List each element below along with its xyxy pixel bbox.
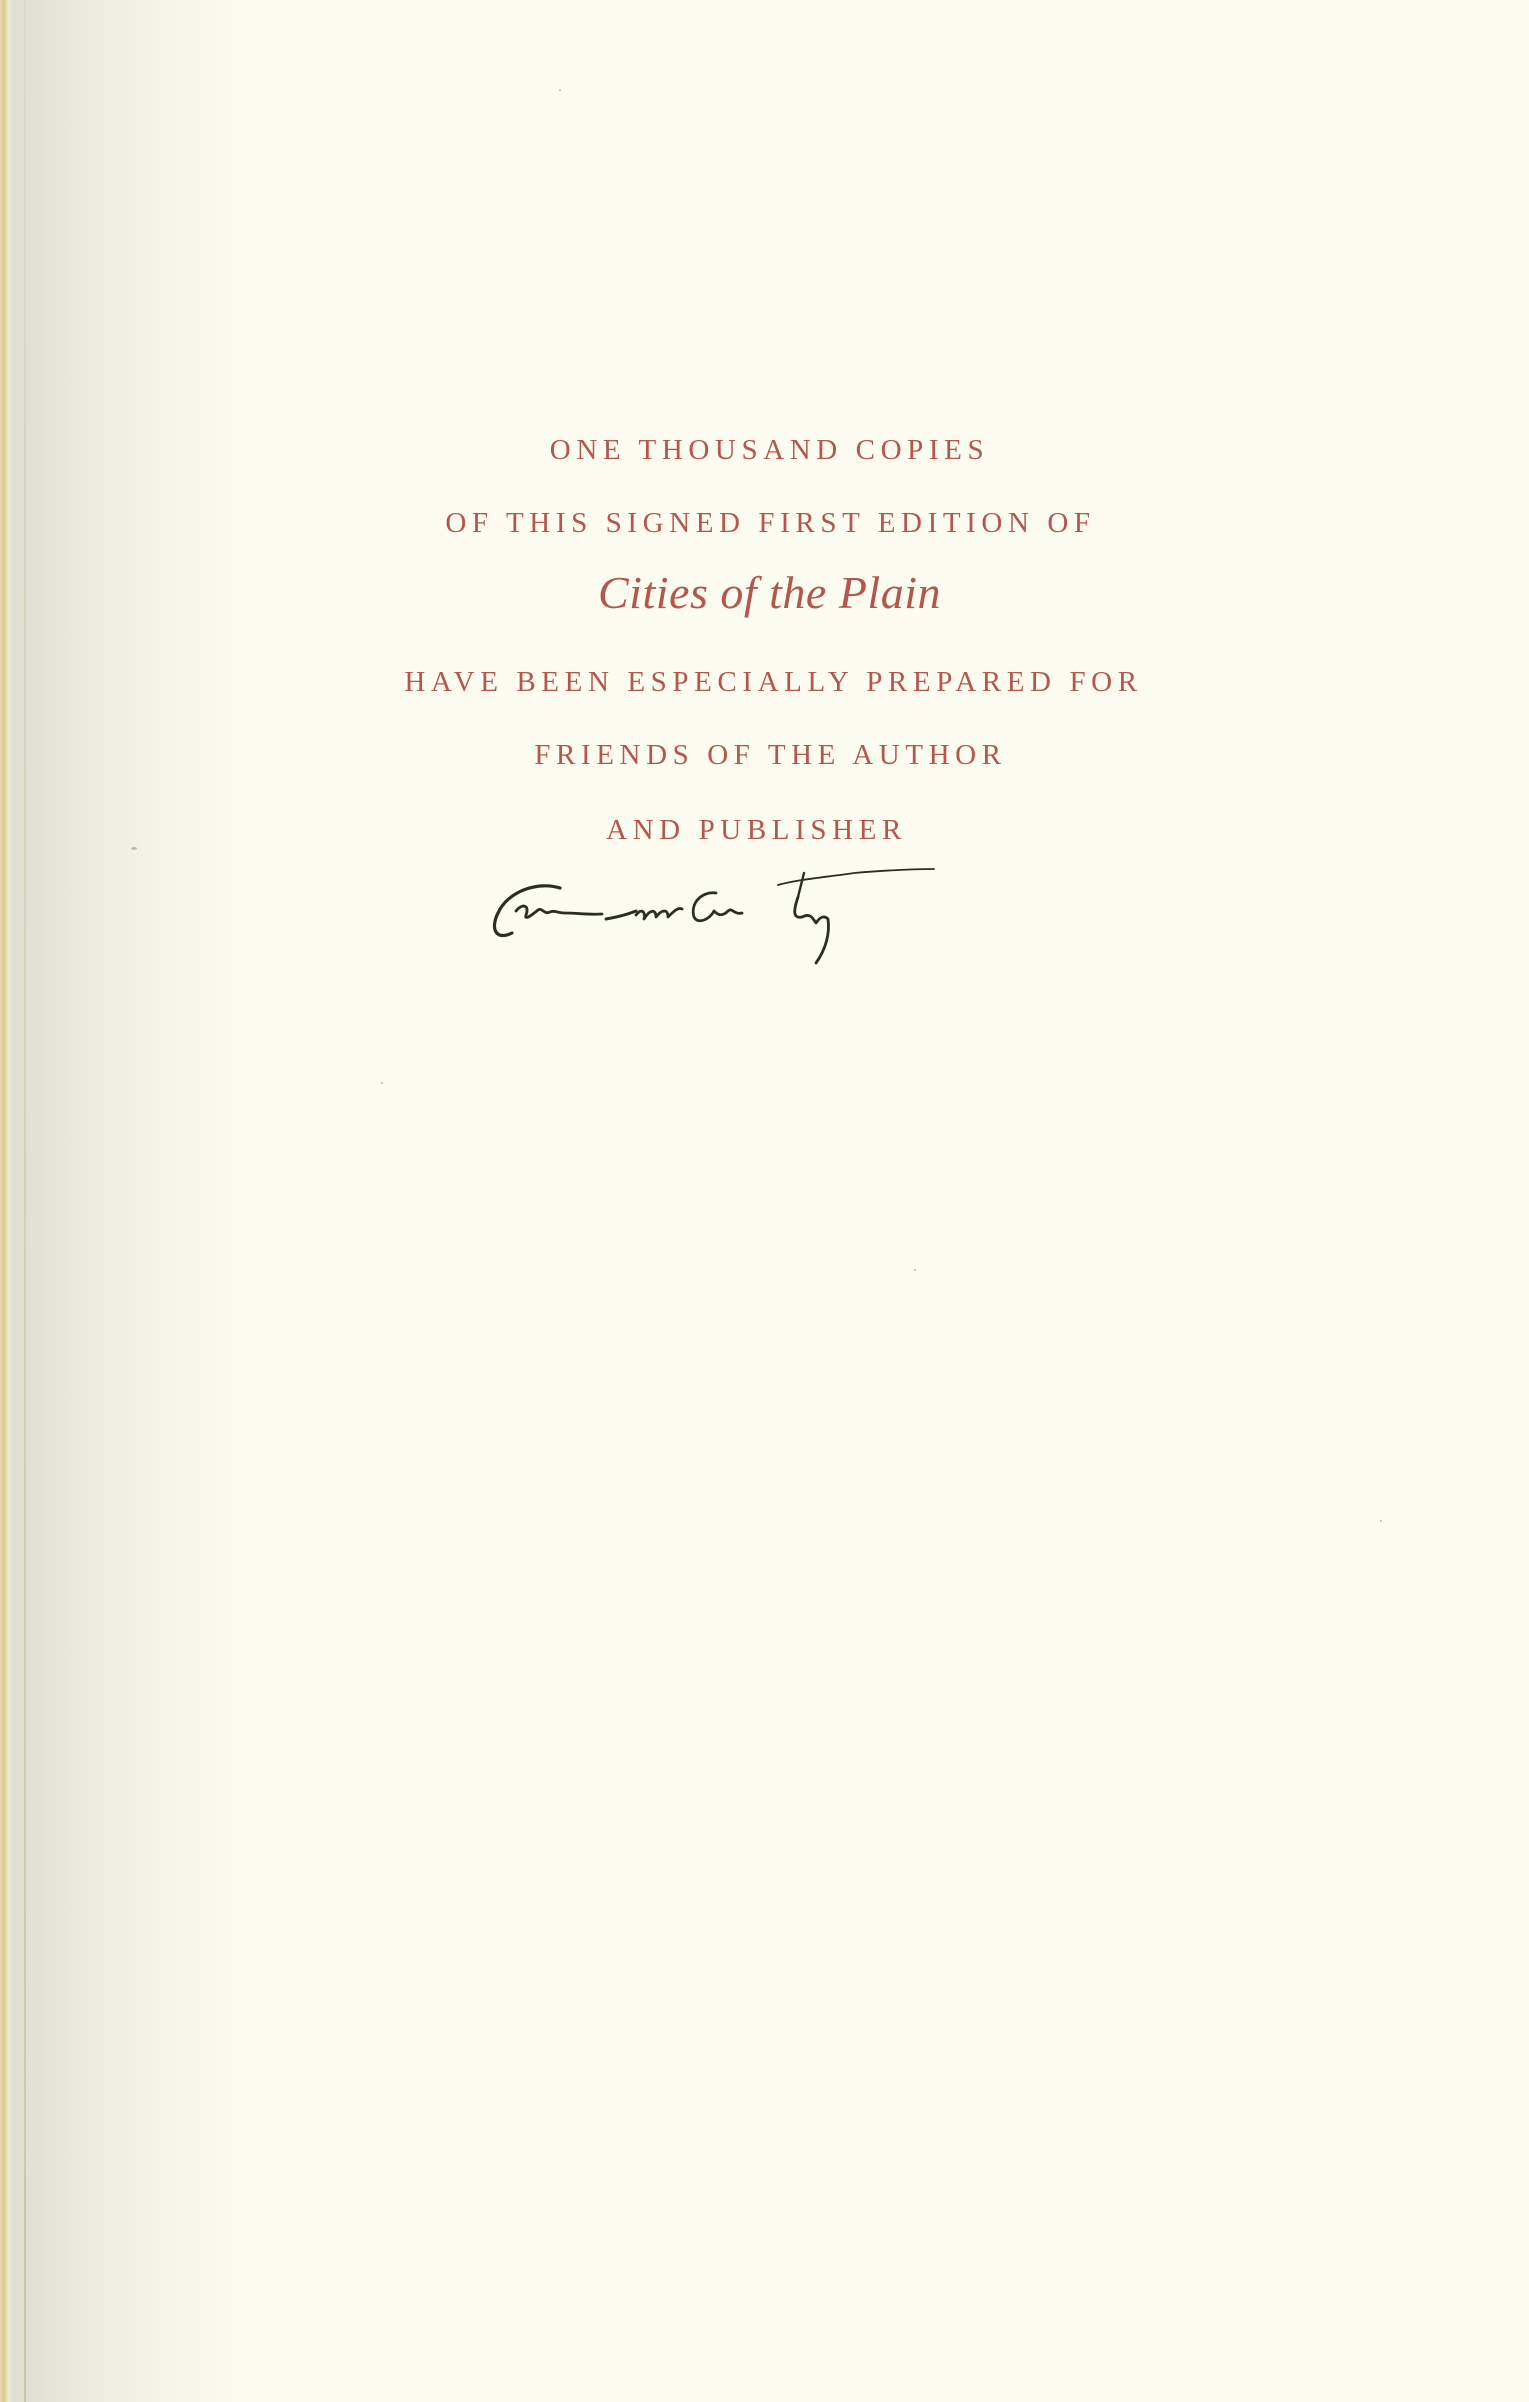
paper-speck [914,1269,916,1271]
paper-speck [1380,1520,1382,1522]
colophon-line-4: FRIENDS OF THE AUTHOR [12,741,1529,770]
book-title: Cities of the Plain [10,570,1529,616]
colophon-line-2: OF THIS SIGNED FIRST EDITION OF [12,509,1529,538]
paper-speck [381,1082,383,1084]
colophon-line-3: HAVE BEEN ESPECIALLY PREPARED FOR [18,668,1529,697]
paper-speck [131,847,137,850]
colophon-line-5: AND PUBLISHER [0,816,1529,845]
paper-speck [559,89,561,91]
author-signature: Cormac McCarthy [478,855,938,970]
colophon-line-1: ONE THOUSAND COPIES [10,436,1529,465]
page-edge-line [24,0,26,2402]
book-binding-gutter [0,0,320,2402]
